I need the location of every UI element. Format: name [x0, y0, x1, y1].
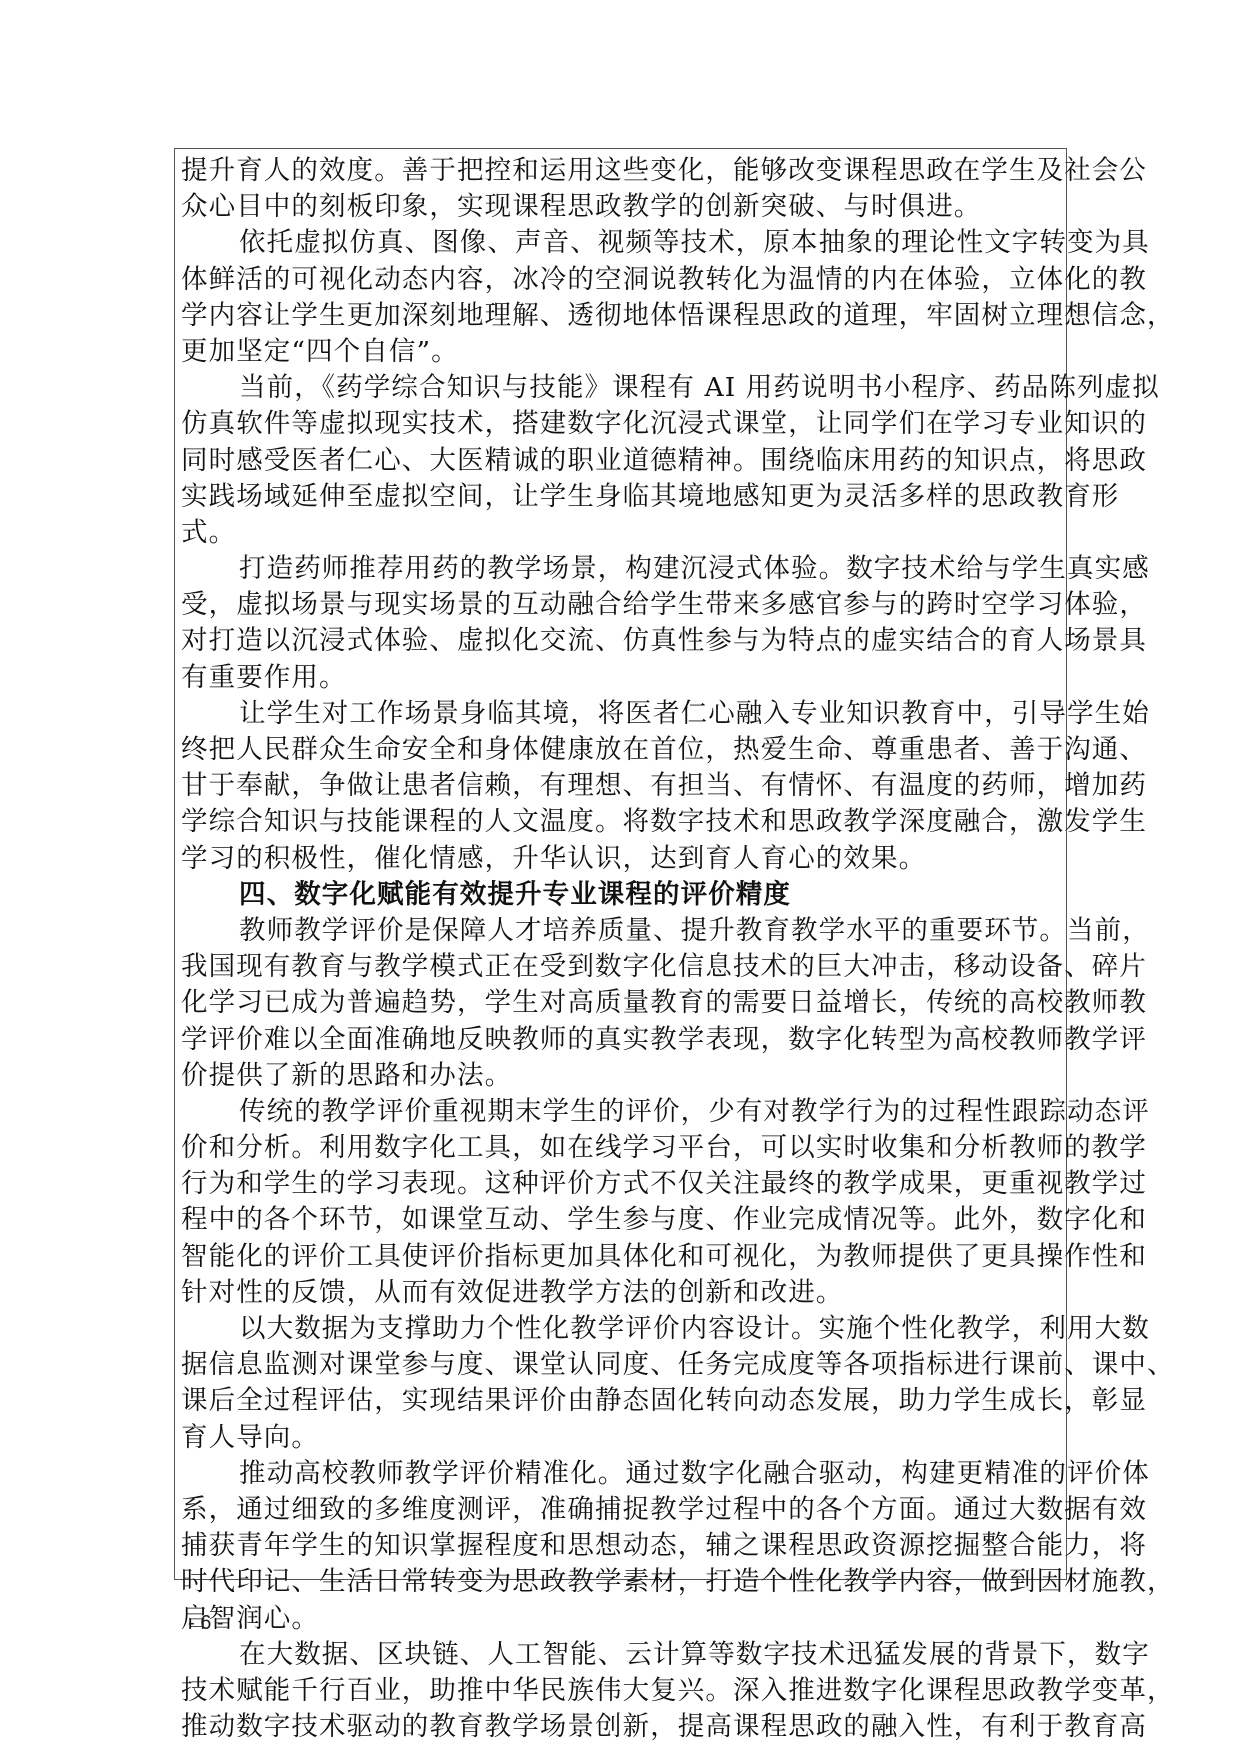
- document-page: 提升育人的效度。善于把控和运用这些变化，能够改变课程思政在学生及社会公众心目中的…: [0, 0, 1240, 1753]
- text-line: 教师教学评价是保障人才培养质量、提升教育教学水平的重要环节。当前，: [181, 913, 1060, 949]
- text-line: 智能化的评价工具使评价指标更加具体化和可视化，为教师提供了更具操作性和: [181, 1239, 1060, 1275]
- text-line: 依托虚拟仿真、图像、声音、视频等技术，原本抽象的理论性文字转变为具: [181, 225, 1060, 261]
- text-line: 终把人民群众生命安全和身体健康放在首位，热爱生命、尊重患者、善于沟通、: [181, 732, 1060, 768]
- text-line: 针对性的反馈，从而有效促进教学方法的创新和改进。: [181, 1275, 1060, 1311]
- text-line: 打造药师推荐用药的教学场景，构建沉浸式体验。数字技术给与学生真实感: [181, 551, 1060, 587]
- text-line: 系，通过细致的多维度测评，准确捕捉教学过程中的各个方面。通过大数据有效: [181, 1492, 1060, 1528]
- text-line: 仿真软件等虚拟现实技术，搭建数字化沉浸式课堂，让同学们在学习专业知识的: [181, 406, 1060, 442]
- text-line: 推动高校教师教学评价精准化。通过数字化融合驱动，构建更精准的评价体: [181, 1456, 1060, 1492]
- content-table-cell: 提升育人的效度。善于把控和运用这些变化，能够改变课程思政在学生及社会公众心目中的…: [174, 148, 1067, 1580]
- page-number: - 6 -: [188, 1612, 224, 1635]
- text-line: 同时感受医者仁心、大医精诚的职业道德精神。围绕临床用药的知识点，将思政: [181, 443, 1060, 479]
- text-line: 育人导向。: [181, 1420, 1060, 1456]
- text-line: 实践场域延伸至虚拟空间，让学生身临其境地感知更为灵活多样的思政教育形: [181, 479, 1060, 515]
- text-line: 传统的教学评价重视期末学生的评价，少有对教学行为的过程性跟踪动态评: [181, 1094, 1060, 1130]
- text-line: 体鲜活的可视化动态内容，冰冷的空洞说教转化为温情的内在体验，立体化的教: [181, 262, 1060, 298]
- text-line: 受，虚拟场景与现实场景的互动融合给学生带来多感官参与的跨时空学习体验，: [181, 587, 1060, 623]
- text-line: 让学生对工作场景身临其境，将医者仁心融入专业知识教育中，引导学生始: [181, 696, 1060, 732]
- text-line: 提升育人的效度。善于把控和运用这些变化，能够改变课程思政在学生及社会公: [181, 153, 1060, 189]
- text-line: 式。: [181, 515, 1060, 551]
- text-line: 学评价难以全面准确地反映教师的真实教学表现，数字化转型为高校教师教学评: [181, 1022, 1060, 1058]
- text-line: 有重要作用。: [181, 660, 1060, 696]
- text-line: 当前，《药学综合知识与技能》课程有 AI 用药说明书小程序、药品陈列虚拟: [181, 370, 1060, 406]
- text-line: 捕获青年学生的知识掌握程度和思想动态，辅之课程思政资源挖掘整合能力，将: [181, 1528, 1060, 1564]
- text-line: 价提供了新的思路和办法。: [181, 1058, 1060, 1094]
- text-line: 课后全过程评估，实现结果评价由静态固化转向动态发展，助力学生成长，彰显: [181, 1383, 1060, 1419]
- text-line: 以大数据为支撑助力个性化教学评价内容设计。实施个性化教学，利用大数: [181, 1311, 1060, 1347]
- text-line: 学综合知识与技能课程的人文温度。将数字技术和思政教学深度融合，激发学生: [181, 804, 1060, 840]
- text-line: 在大数据、区块链、人工智能、云计算等数字技术迅猛发展的背景下，数字: [181, 1637, 1060, 1673]
- text-line: 甘于奉献，争做让患者信赖，有理想、有担当、有情怀、有温度的药师，增加药: [181, 768, 1060, 804]
- text-line: 学内容让学生更加深刻地理解、透彻地体悟课程思政的道理，牢固树立理想信念，: [181, 298, 1060, 334]
- section-heading: 四、数字化赋能有效提升专业课程的评价精度: [181, 877, 1060, 913]
- text-line: 时代印记、生活日常转变为思政教学素材，打造个性化教学内容，做到因材施教，: [181, 1564, 1060, 1600]
- text-line: 对打造以沉浸式体验、虚拟化交流、仿真性参与为特点的虚实结合的育人场景具: [181, 623, 1060, 659]
- text-line: 程中的各个环节，如课堂互动、学生参与度、作业完成情况等。此外，数字化和: [181, 1202, 1060, 1238]
- text-line: 价和分析。利用数字化工具，如在线学习平台，可以实时收集和分析教师的教学: [181, 1130, 1060, 1166]
- text-line: 化学习已成为普遍趋势，学生对高质量教育的需要日益增长，传统的高校教师教: [181, 985, 1060, 1021]
- text-line: 我国现有教育与教学模式正在受到数字化信息技术的巨大冲击，移动设备、碎片: [181, 949, 1060, 985]
- text-line: 众心目中的刻板印象，实现课程思政教学的创新突破、与时俱进。: [181, 189, 1060, 225]
- text-line: 推动数字技术驱动的教育教学场景创新，提高课程思政的融入性，有利于教育高: [181, 1709, 1060, 1745]
- text-line: 启智润心。: [181, 1601, 1060, 1637]
- text-line: 行为和学生的学习表现。这种评价方式不仅关注最终的教学成果，更重视教学过: [181, 1166, 1060, 1202]
- text-line: 据信息监测对课堂参与度、课堂认同度、任务完成度等各项指标进行课前、课中、: [181, 1347, 1060, 1383]
- text-line: 技术赋能千行百业，助推中华民族伟大复兴。深入推进数字化课程思政教学变革，: [181, 1673, 1060, 1709]
- text-line: 学习的积极性，催化情感，升华认识，达到育人育心的效果。: [181, 841, 1060, 877]
- text-line: 更加坚定“四个自信”。: [181, 334, 1060, 370]
